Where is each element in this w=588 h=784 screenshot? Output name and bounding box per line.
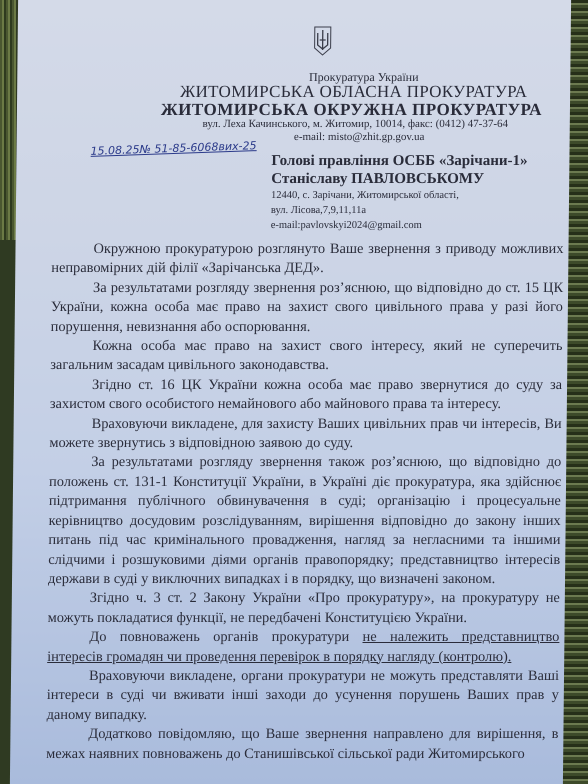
paragraph: Окружною прокуратурою розглянуто Ваше зв… xyxy=(51,240,563,279)
paragraph: За результатами розгляду звернення також… xyxy=(48,453,561,589)
addressee-name: Станіславу ПАВЛОВСЬКОМУ xyxy=(271,170,527,188)
addressee-title: Голові правління ОСББ «Зарічани-1» xyxy=(271,152,527,170)
paragraph: Згідно ч. 3 ст. 2 Закону України «Про пр… xyxy=(48,589,560,628)
powers-paragraph: До повноважень органів прокуратури не на… xyxy=(47,628,559,667)
regional-office-title: ЖИТОМИРСЬКА ОБЛАСНА ПРОКУРАТУРА xyxy=(77,82,588,102)
addressee-email: e-mail:pavlovskyi2024@gmail.com xyxy=(271,218,527,233)
paragraph: Враховуючи викладене, органи прокуратури… xyxy=(47,667,560,725)
powers-prefix: До повноважень органів прокуратури xyxy=(89,629,362,645)
addressee-address-line2: вул. Лісова,7,9,11,11а xyxy=(271,203,527,218)
paragraph: Кожна особа має право на захист свого ін… xyxy=(50,337,562,376)
letter-page: Прокуратура України ЖИТОМИРСЬКА ОБЛАСНА … xyxy=(10,0,571,784)
addressee-address-line1: 12440, с. Зарічани, Житомирської області… xyxy=(271,188,527,203)
background-fabric-left xyxy=(0,0,16,240)
office-address: вул. Леха Качинського, м. Житомир, 10014… xyxy=(79,118,588,130)
paragraph: За результатами розгляду звернення роз’я… xyxy=(51,279,564,337)
paragraph: Додатково повідомляю, що Ваше звернення … xyxy=(46,725,558,764)
tryzub-coat-of-arms-icon xyxy=(314,26,332,56)
paragraph: Враховуючи викладене, для захисту Ваших … xyxy=(49,415,561,454)
addressee-block: Голові правління ОСББ «Зарічани-1» Стані… xyxy=(271,152,528,233)
letter-body: Окружною прокуратурою розглянуто Ваше зв… xyxy=(46,240,563,764)
paragraph: Згідно ст. 16 ЦК України кожна особа має… xyxy=(50,376,562,415)
district-office-title: ЖИТОМИРСЬКА ОКРУЖНА ПРОКУРАТУРА xyxy=(75,100,588,120)
office-email: e-mail: misto@zhit.gp.gov.ua xyxy=(83,131,588,143)
